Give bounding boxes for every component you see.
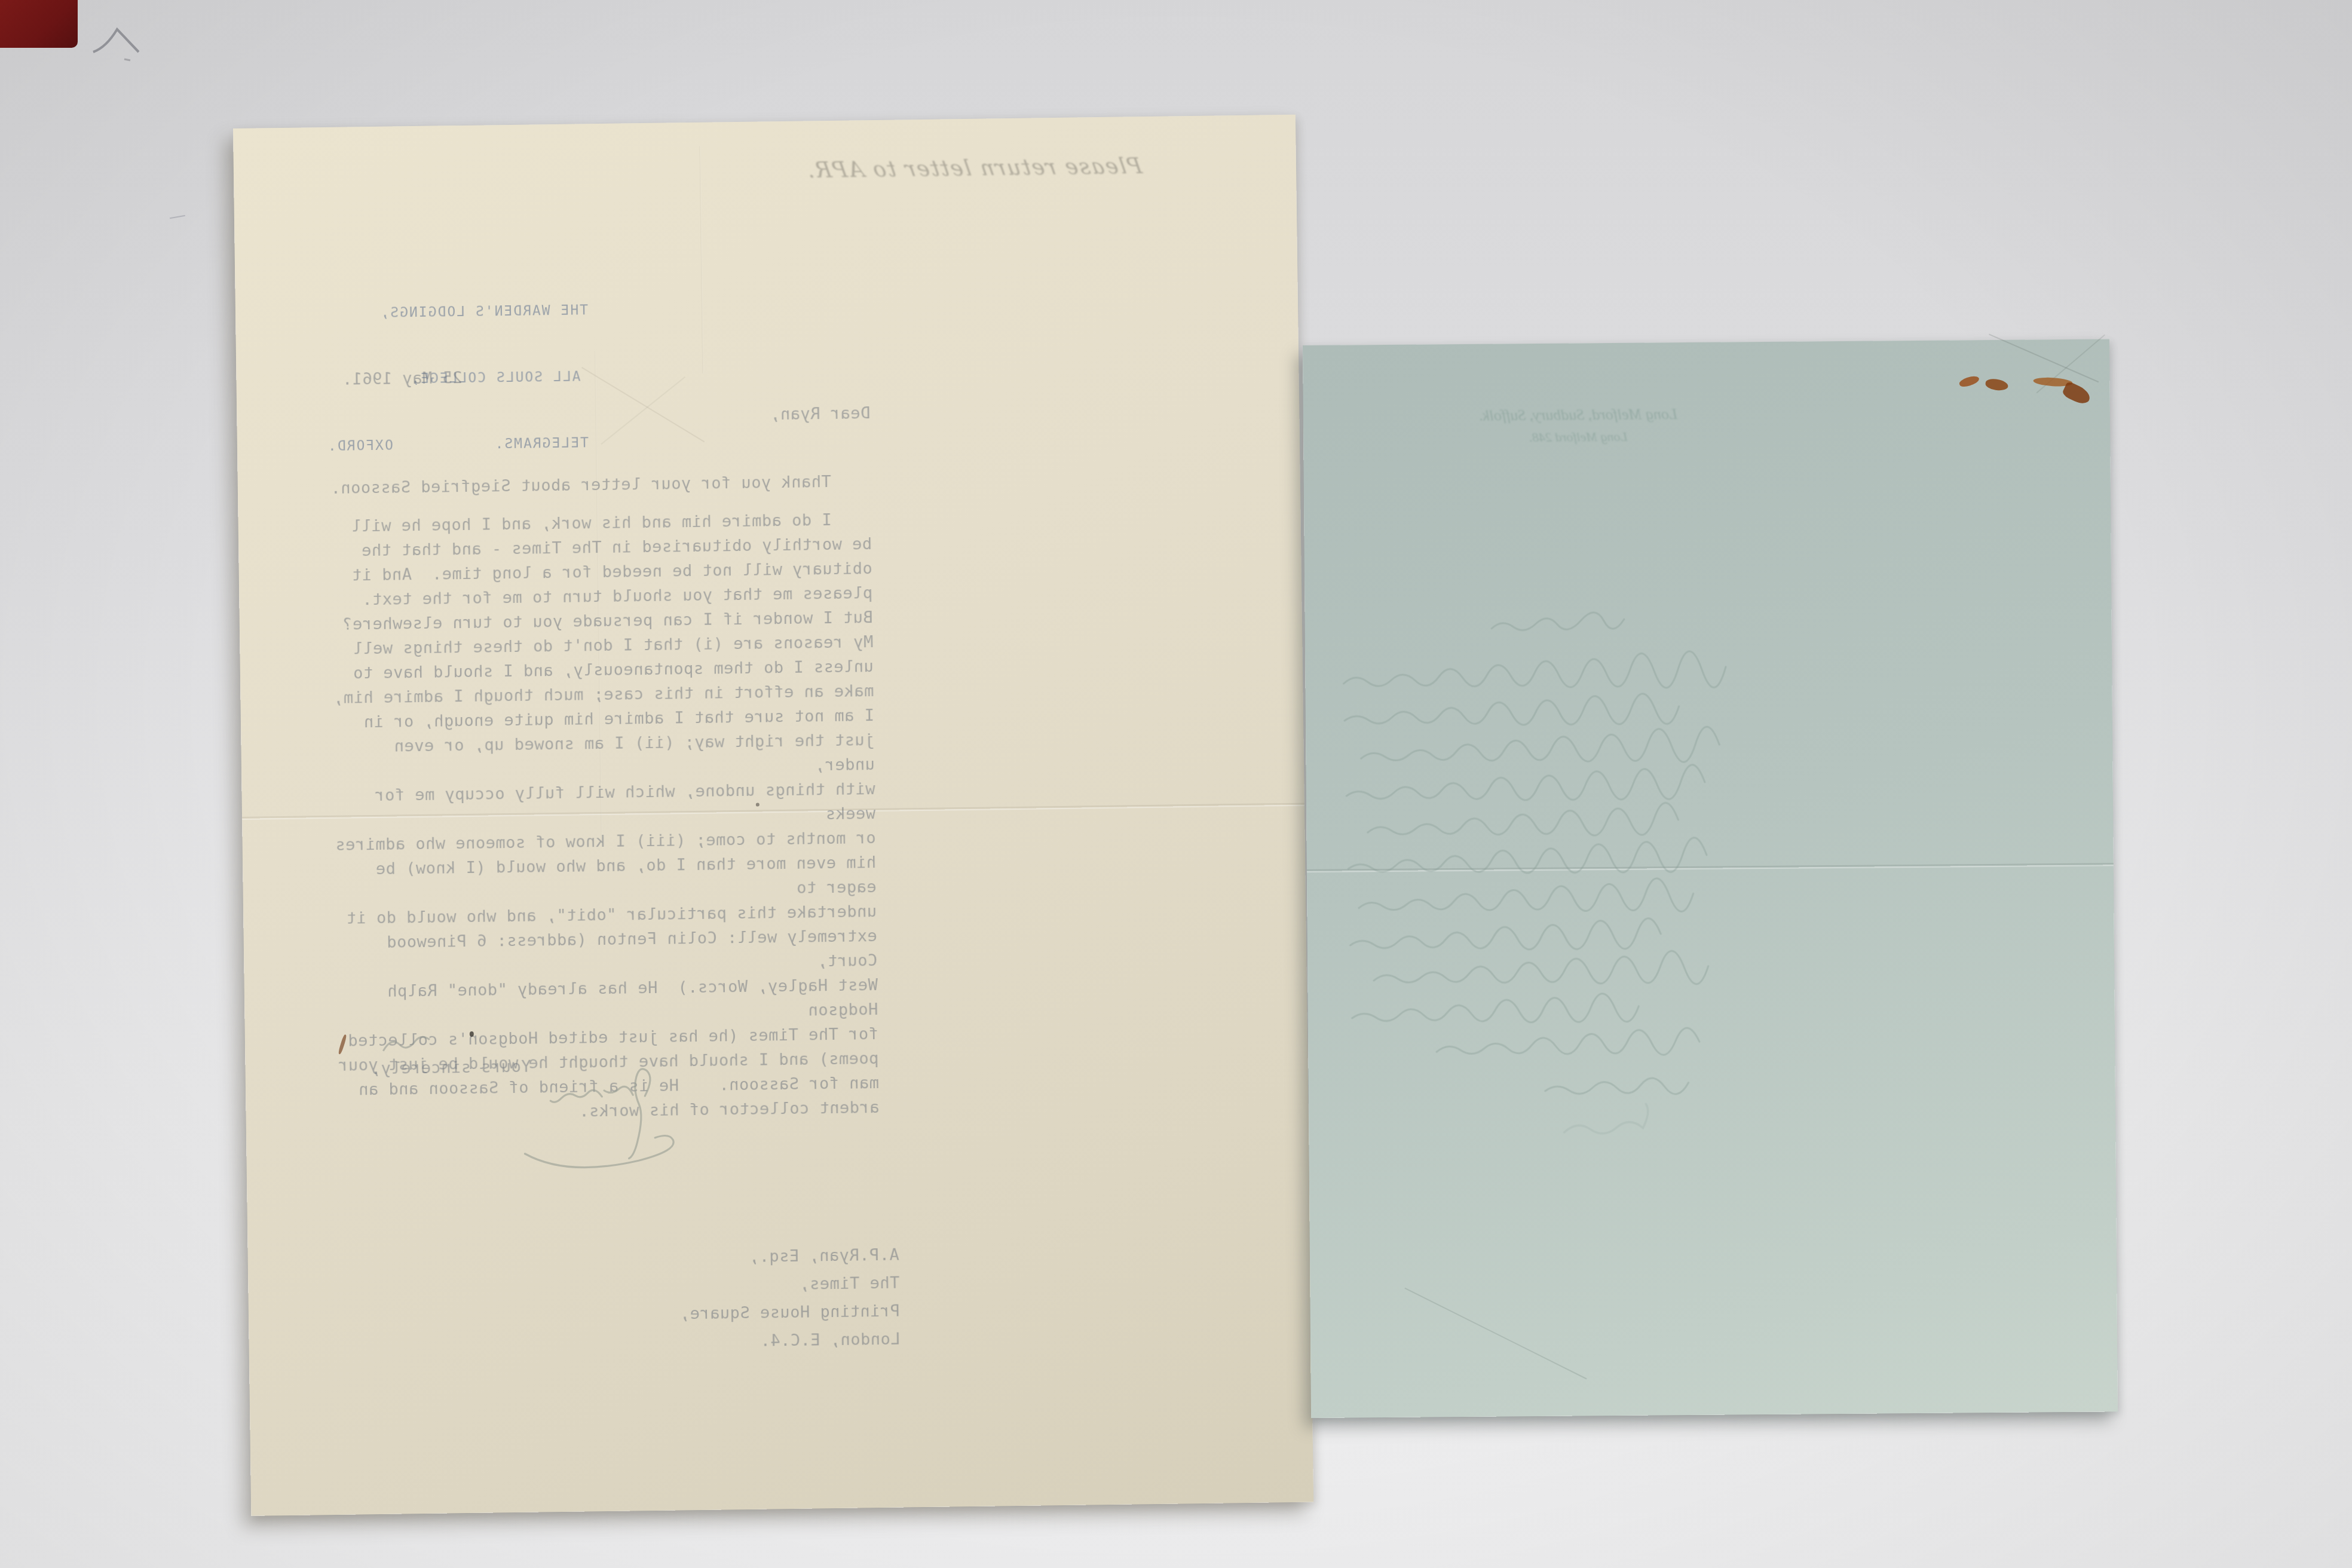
diagonal-crease (581, 367, 705, 442)
letterhead-telegrams: TELEGRAMS. (494, 432, 589, 455)
recipient-address: A.P.Ryan, Esq., The Times, Printing Hous… (672, 1241, 900, 1356)
red-corner-patch (0, 0, 78, 48)
pencil-annotation: Please return letter to APR. (644, 154, 1144, 186)
letterhead-line1: THE WARDEN'S LODGINGS, (325, 299, 588, 325)
photo-of-two-letters: { "photo": { "background_color": "#e4e4e… (0, 0, 2352, 1568)
typed-letter-page: Please return letter to APR. THE WARDEN'… (233, 115, 1313, 1516)
handwritten-letter-page: Long Melford, Sudbury, Suffolk. Long Mel… (1303, 339, 2118, 1418)
letterhead-oxford: OXFORD. (327, 435, 393, 458)
letterhead-line3: TELEGRAMS. OXFORD. (327, 432, 590, 458)
letter-date: 25 May 1961. (330, 366, 463, 392)
signature-john-sparrow (485, 1060, 725, 1183)
salutation: Dear Ryan, (768, 401, 871, 427)
surface-dash-mark (170, 215, 185, 219)
dark-speck (756, 803, 759, 807)
illegible-handwriting (1303, 339, 2118, 1418)
handwritten-scribble (379, 1031, 437, 1059)
dark-speck (470, 1031, 474, 1037)
pencil-caret-mark (90, 21, 161, 63)
